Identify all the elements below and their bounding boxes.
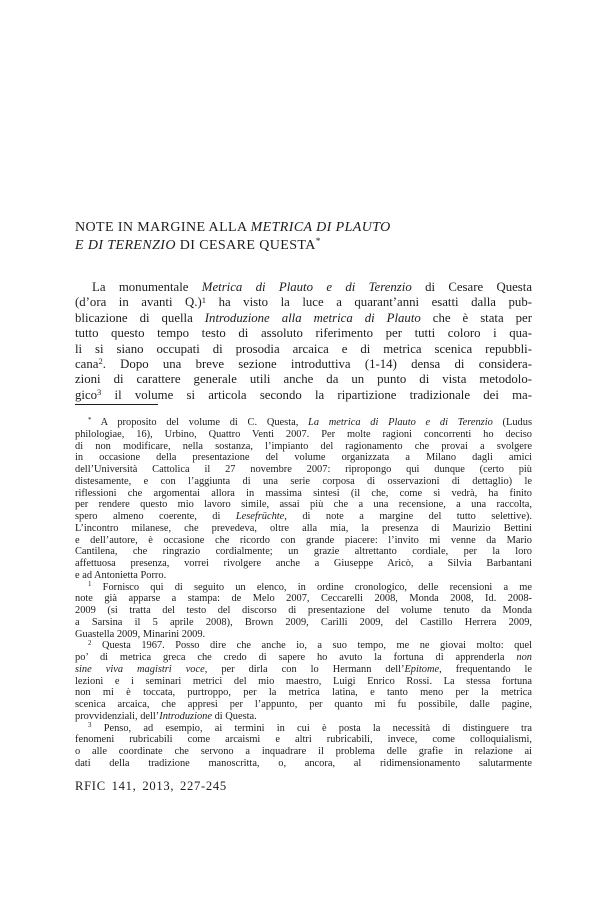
text-line: 1 Fornisco qui di seguito un elenco, in … (75, 582, 532, 594)
footnote-3: 3 Penso, ad esempio, ai termini in cui è… (75, 723, 532, 770)
text-line: tutto questo tempo testo di assoluto rif… (75, 326, 532, 341)
text-line: a Sarsina il 5 aprile 2008), Brown 2009,… (75, 617, 532, 629)
text-line: cana2. Dopo una breve sezione introdutti… (75, 357, 532, 372)
text-line: o alle coordinate che servono a inquadra… (75, 746, 532, 758)
journal-citation-footer: RFIC 141, 2013, 227-245 (75, 779, 532, 794)
text-line: e dell’autore, è occasione che ricordo c… (75, 535, 532, 547)
superscript-note-marker: 2 (88, 639, 91, 647)
text-line: riflessioni che argomentai allora in mas… (75, 488, 532, 500)
text-line: li si siano occupati di prosodia arcaica… (75, 342, 532, 357)
text-line: provvidenziali, dell’Introduzione di Que… (75, 711, 532, 723)
footnote-separator-rule (75, 404, 158, 405)
footnote-1: 1 Fornisco qui di seguito un elenco, in … (75, 582, 532, 641)
text-line: distesamente, e con l’aggiunta di una se… (75, 476, 532, 488)
text-line: in occasione della presentazione del vol… (75, 452, 532, 464)
article-title: NOTE IN MARGINE ALLA METRICA DI PLAUTOE … (75, 219, 532, 254)
text-line: philologiae, 16), Urbino, Quattro Venti … (75, 429, 532, 441)
text-line: zioni di carattere generale utili anche … (75, 372, 532, 387)
text-line: fenomeni rubricabili come arcaismi e alt… (75, 734, 532, 746)
text-line: scenica arcaica, che appresi per l’appun… (75, 699, 532, 711)
superscript-note-marker: 1 (202, 295, 206, 305)
scanned-journal-page: NOTE IN MARGINE ALLA METRICA DI PLAUTOE … (0, 0, 604, 907)
text-line: * A proposito del volume di C. Questa, L… (75, 417, 532, 429)
text-line: lezioni e i seminari metrici del mio mae… (75, 676, 532, 688)
superscript-note-marker: * (316, 237, 321, 247)
text-line: note già apparse a stampa: de Melo 2007,… (75, 593, 532, 605)
text-line: di non modificare, nella sostanza, l’imp… (75, 441, 532, 453)
superscript-note-marker: 2 (98, 356, 102, 366)
text-line: gico3 il volume si articola secondo la r… (75, 388, 532, 403)
text-line: non mi è toccata, purtroppo, per la metr… (75, 687, 532, 699)
article-body-paragraph: La monumentale Metrica di Plauto e di Te… (75, 280, 532, 403)
footnotes-block: * A proposito del volume di C. Questa, L… (75, 417, 532, 770)
superscript-note-marker: 3 (97, 387, 101, 397)
text-line: NOTE IN MARGINE ALLA METRICA DI PLAUTO (75, 219, 532, 237)
text-line: L’incontro milanese, che prevedeva, oltr… (75, 523, 532, 535)
superscript-note-marker: * (88, 416, 91, 424)
superscript-note-marker: 1 (88, 580, 91, 588)
text-line: spero almeno coerente, di Lesefrüchte, d… (75, 511, 532, 523)
text-line: dati della tradizione manoscritta, o, an… (75, 758, 532, 770)
text-line: 2 Questa 1967. Posso dire che anche io, … (75, 640, 532, 652)
footnote-2: 2 Questa 1967. Posso dire che anche io, … (75, 640, 532, 722)
text-line: 3 Penso, ad esempio, ai termini in cui è… (75, 723, 532, 735)
text-line: po’ di metrica greca che credo di sapere… (75, 652, 532, 664)
text-line: blicazione di quella Introduzione alla m… (75, 311, 532, 326)
text-line: e ad Antonietta Porro. (75, 570, 532, 582)
text-line: Guastella 2009, Minarini 2009. (75, 629, 532, 641)
text-line: affettuosa presenza, vorrei rivolgere an… (75, 558, 532, 570)
superscript-note-marker: 3 (88, 721, 91, 729)
text-line: E DI TERENZIO DI CESARE QUESTA* (75, 237, 532, 255)
text-line: 2009 (si tratta del testo del discorso d… (75, 605, 532, 617)
text-line: sine viva magistri voce, per dirla con l… (75, 664, 532, 676)
footnote-star: * A proposito del volume di C. Questa, L… (75, 417, 532, 582)
text-line: Cantilena, che ringrazio cordialmente; u… (75, 546, 532, 558)
text-line: (d’ora in avanti Q.)1 ha visto la luce a… (75, 295, 532, 310)
text-line: dell’Università Cattolica il 27 novembre… (75, 464, 532, 476)
text-line: La monumentale Metrica di Plauto e di Te… (75, 280, 532, 295)
text-line: per rendere questo mio lavoro simile, as… (75, 499, 532, 511)
